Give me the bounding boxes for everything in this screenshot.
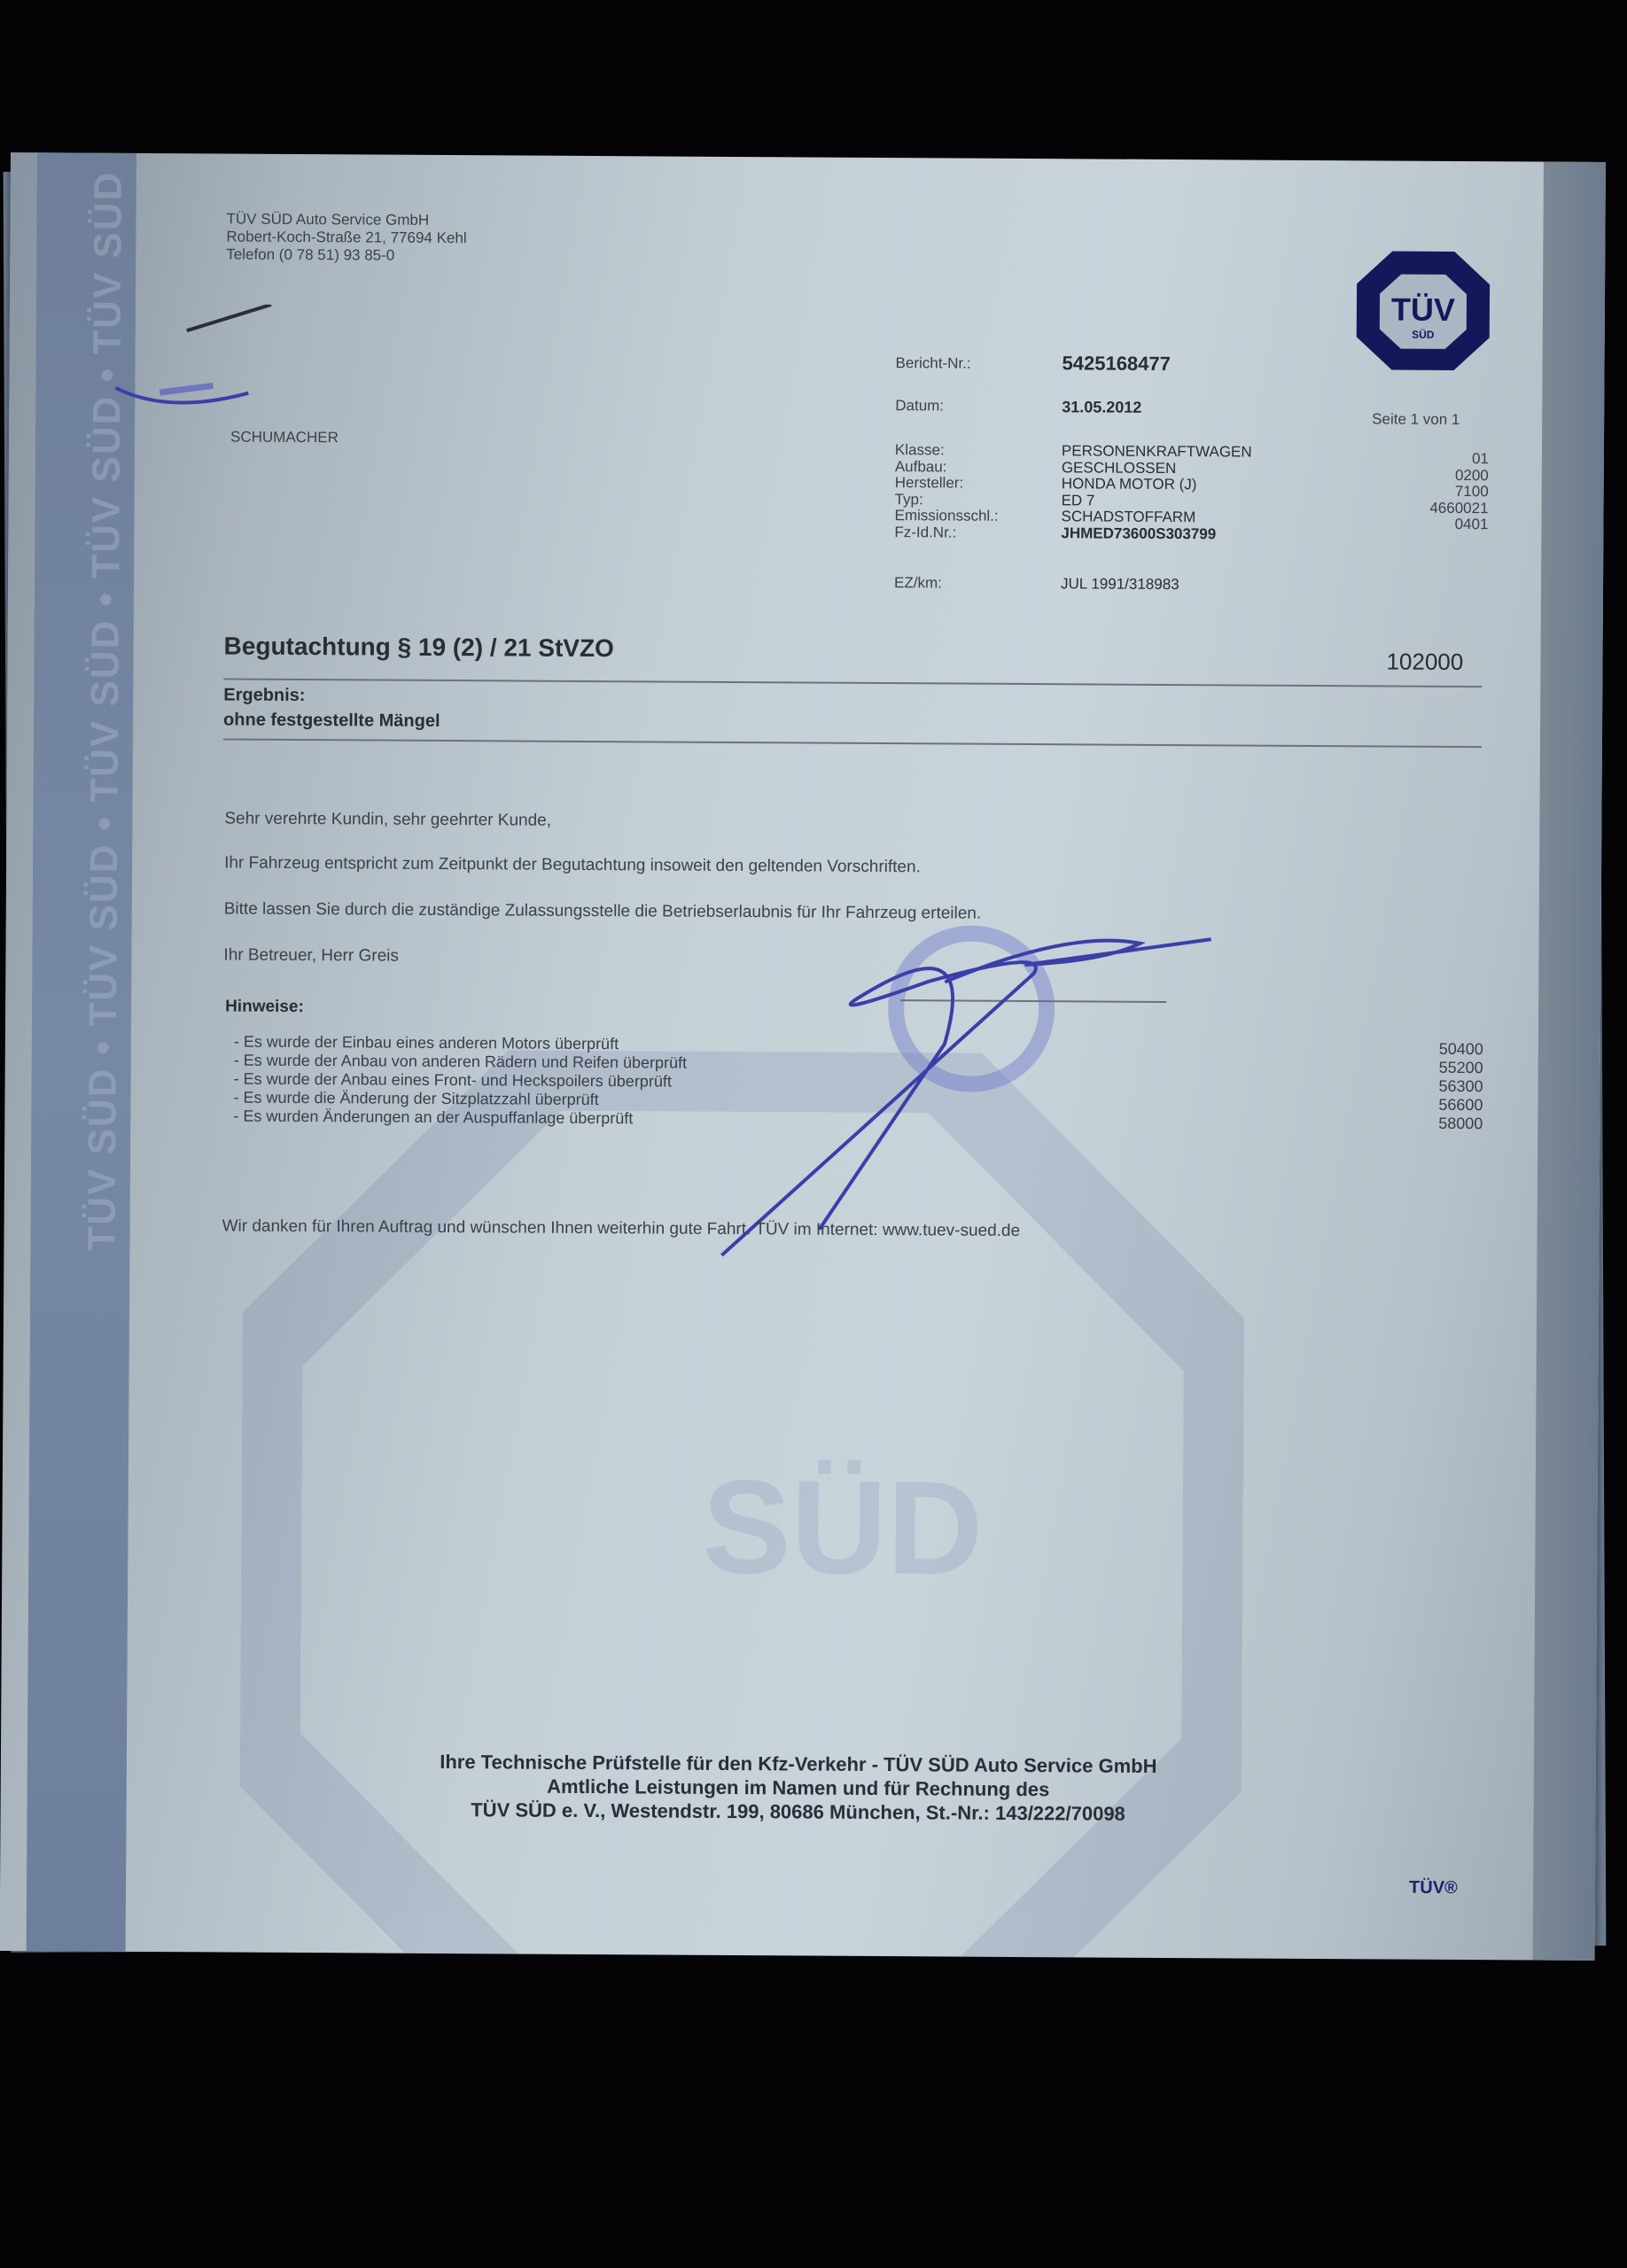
vehicle-label: Fz-Id.Nr.:	[894, 524, 956, 541]
result-label: Ergebnis:	[223, 685, 305, 706]
report-title-code: 102000	[1386, 648, 1463, 676]
svg-text:TÜV: TÜV	[1391, 291, 1455, 328]
document-page: TÜV SÜD • TÜV SÜD • TÜV SÜD • TÜV SÜD • …	[0, 152, 1606, 1961]
vehicle-code: 01	[1472, 450, 1489, 468]
vehicle-code: 0200	[1455, 466, 1489, 484]
hinweis-text: - Es wurde der Einbau eines anderen Moto…	[234, 1033, 619, 1053]
vehicle-label: Hersteller:	[895, 474, 964, 492]
vehicle-code: 7100	[1455, 483, 1489, 501]
hinweise-label: Hinweise:	[225, 997, 304, 1017]
divider	[223, 738, 1482, 748]
report-number-label: Bericht-Nr.:	[896, 354, 971, 373]
hinweis-code: 56600	[1438, 1096, 1483, 1115]
report-number-value: 5425168477	[1062, 352, 1171, 376]
tuv-sud-logo-icon: TÜV SÜD	[1347, 244, 1499, 377]
left-security-strip: TÜV SÜD • TÜV SÜD • TÜV SÜD • TÜV SÜD • …	[27, 152, 136, 1952]
vehicle-label: Typ:	[895, 491, 923, 509]
vehicle-label: Klasse:	[895, 441, 945, 459]
ez-km-label: EZ/km:	[894, 574, 942, 592]
hinweis-code: 55200	[1439, 1059, 1483, 1077]
footer-tuv-logo: TÜV®	[1409, 1878, 1458, 1899]
vehicle-details: Klasse: PERSONENKRAFTWAGEN 01Aufbau: GES…	[11, 152, 1606, 162]
vehicle-value: ED 7	[1062, 492, 1095, 509]
date-value: 31.05.2012	[1062, 398, 1141, 417]
salutation: Sehr verehrte Kundin, sehr geehrter Kund…	[224, 809, 551, 830]
hinweis-text: - Es wurde der Anbau eines Front- und He…	[234, 1070, 672, 1091]
vehicle-code: 4660021	[1429, 499, 1488, 517]
right-page-edge	[1533, 162, 1606, 1961]
hinweis-code: 58000	[1438, 1115, 1483, 1133]
hinweis-text: - Es wurde der Anbau von anderen Rädern …	[234, 1052, 687, 1072]
report-title: Begutachtung § 19 (2) / 21 StVZO	[224, 632, 614, 663]
result-value: ohne festgestellte Mängel	[223, 710, 440, 731]
recipient-signature-mark	[106, 304, 320, 411]
hinweis-code: 56300	[1438, 1077, 1483, 1096]
sender-address: TÜV SÜD Auto Service GmbH Robert-Koch-St…	[226, 210, 467, 265]
sender-street: Robert-Koch-Straße 21, 77694 Kehl	[226, 228, 466, 247]
paragraph-compliance: Ihr Fahrzeug entspricht zum Zeitpunkt de…	[224, 853, 921, 877]
sender-phone: Telefon (0 78 51) 93 85-0	[226, 245, 466, 265]
hinweise-list: - Es wurde der Einbau eines anderen Moto…	[11, 152, 1606, 162]
vehicle-label: Emissionsschl.:	[894, 507, 998, 525]
hinweis-text: - Es wurde die Änderung der Sitzplatzzah…	[233, 1089, 598, 1109]
watermark-text: SÜD	[702, 1450, 984, 1605]
advisor-line: Ihr Betreuer, Herr Greis	[223, 945, 399, 966]
hinweis-text: - Es wurden Änderungen an der Auspuffanl…	[233, 1107, 633, 1128]
hinweis-code: 50400	[1439, 1040, 1483, 1059]
vehicle-label: Aufbau:	[895, 458, 947, 476]
divider	[223, 678, 1482, 687]
recipient-name: SCHUMACHER	[230, 429, 339, 447]
vehicle-code: 0401	[1455, 516, 1489, 533]
date-label: Datum:	[895, 397, 944, 415]
svg-text:SÜD: SÜD	[1412, 328, 1435, 341]
page-indicator: Seite 1 von 1	[1372, 410, 1460, 429]
footer: Ihre Technische Prüfstelle für den Kfz-V…	[267, 1749, 1330, 1827]
vehicle-value: JHMED73600S303799	[1061, 524, 1216, 543]
ez-km-value: JUL 1991/318983	[1061, 575, 1179, 594]
sender-company: TÜV SÜD Auto Service GmbH	[226, 210, 466, 229]
